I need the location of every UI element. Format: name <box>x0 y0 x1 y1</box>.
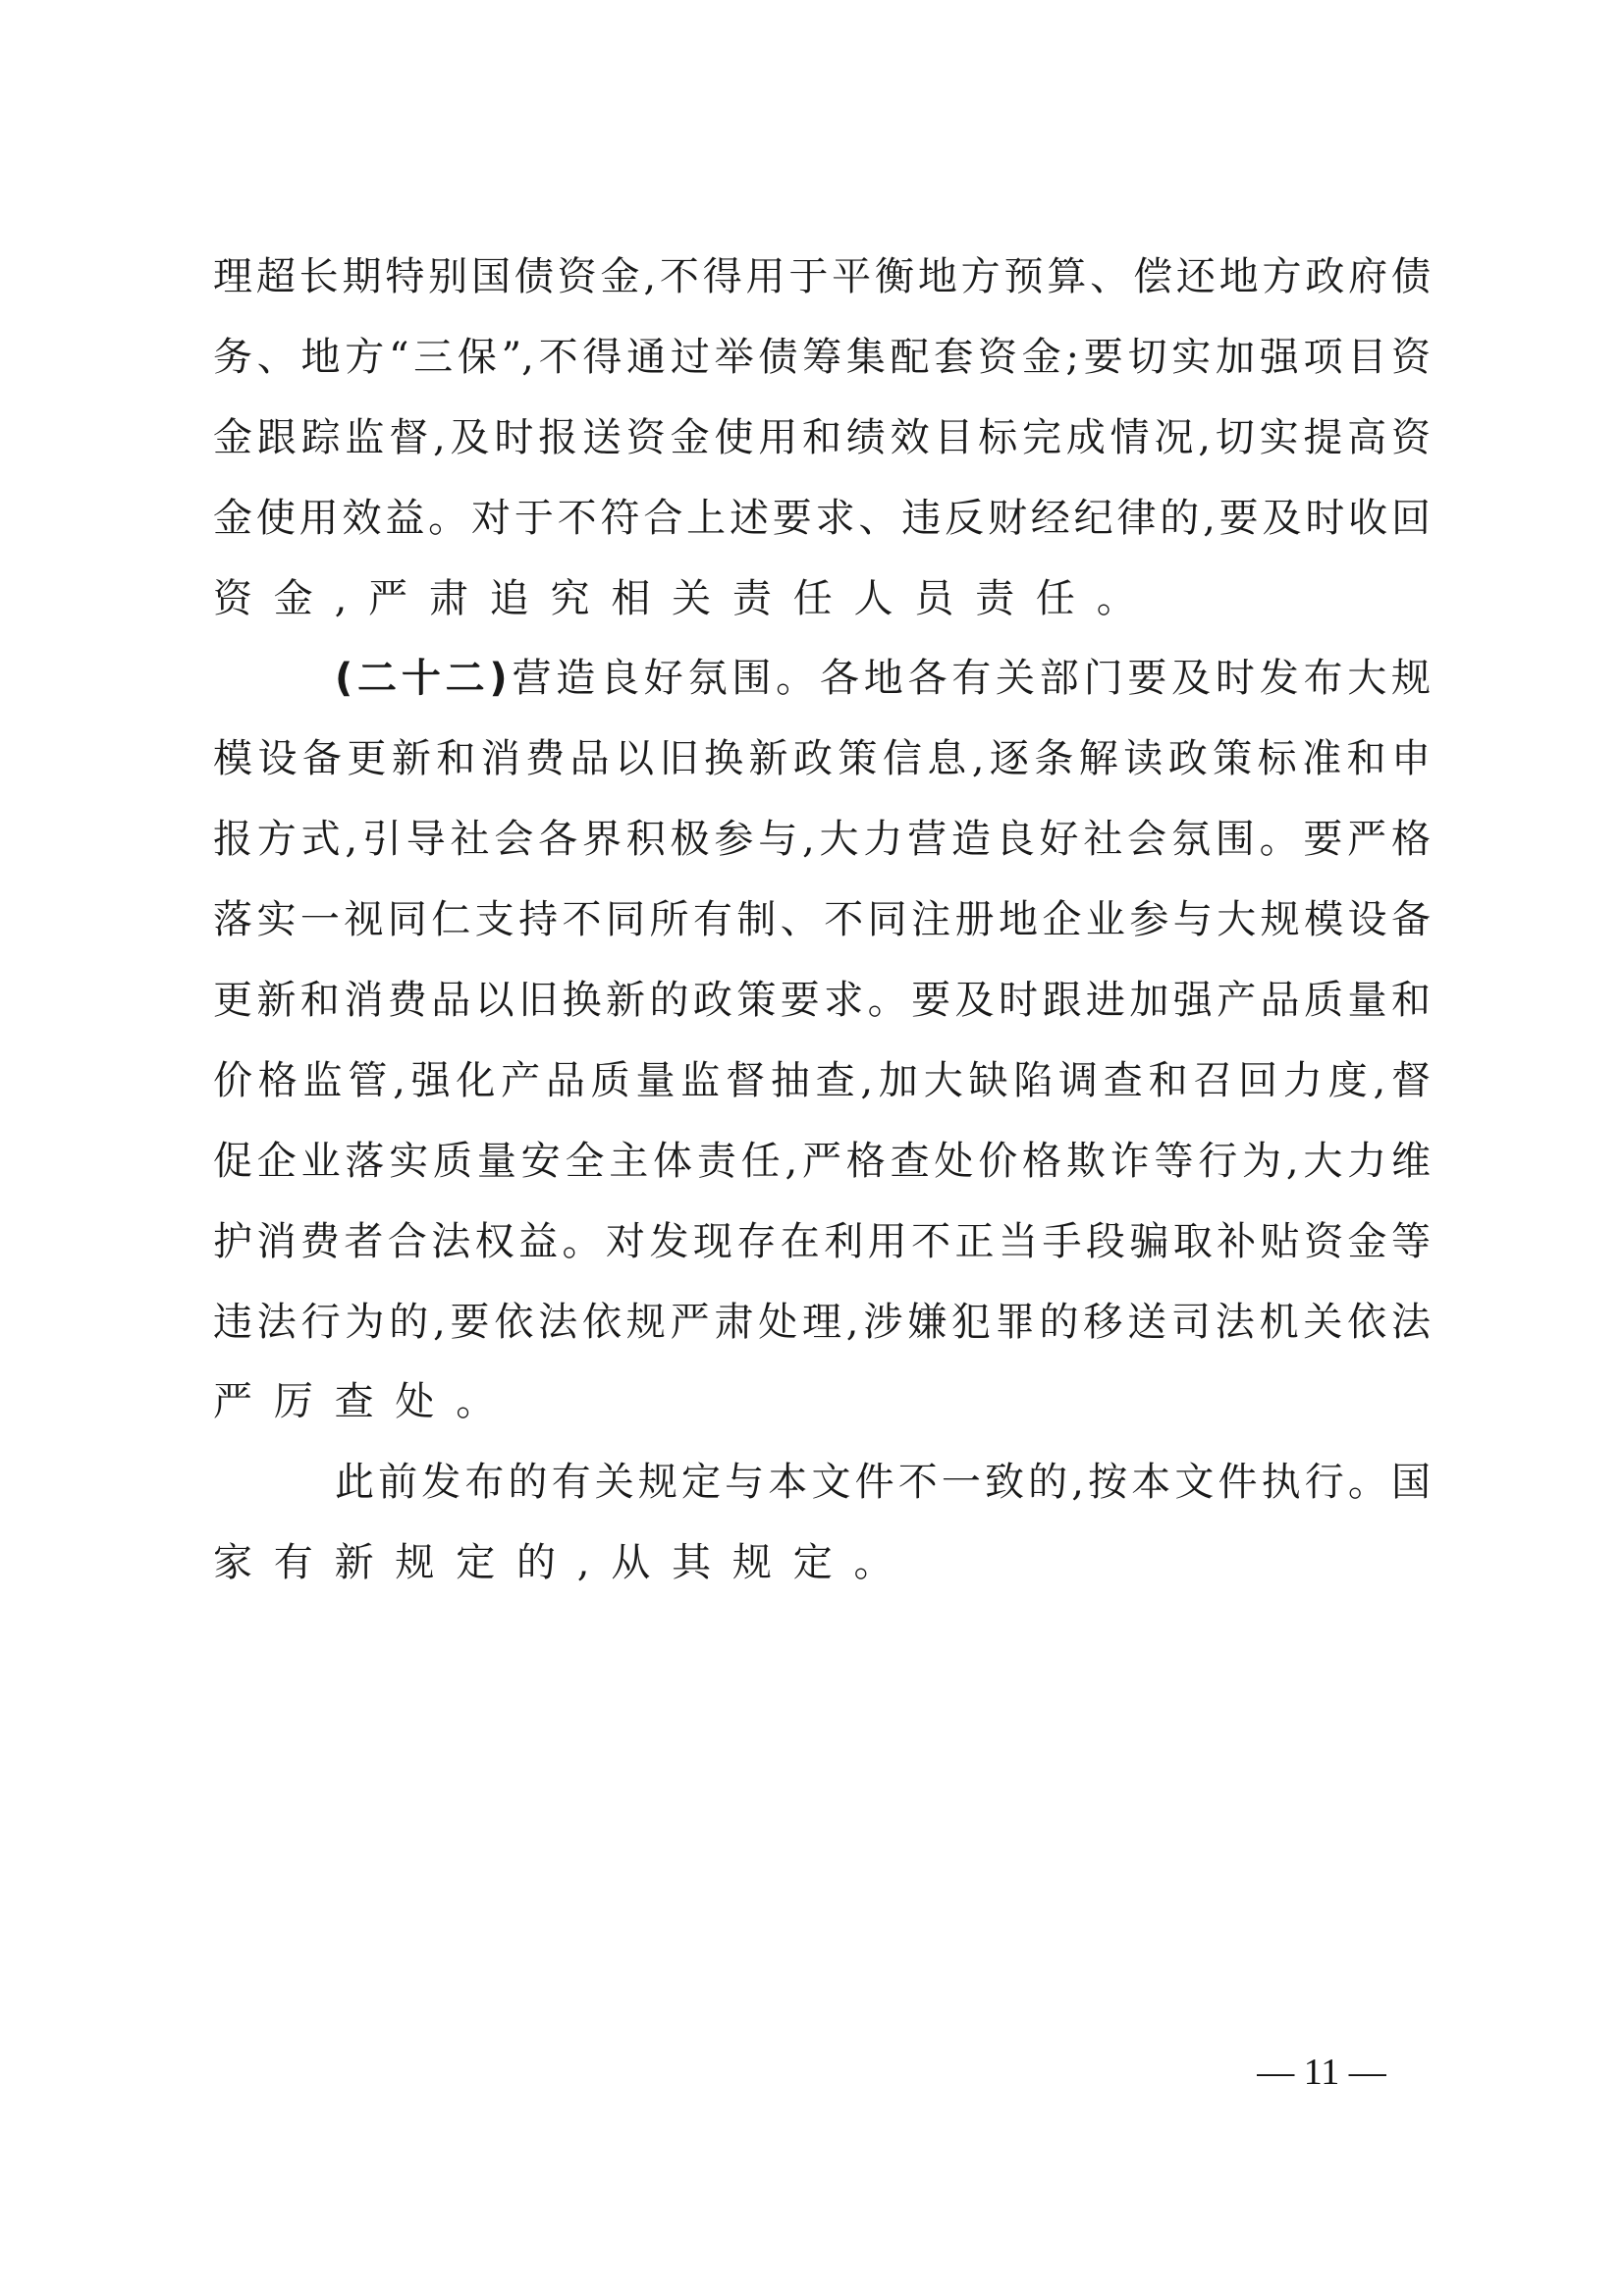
text-line: 护消费者合法权益。对发现存在利用不正当手段骗取补贴资金等 <box>213 1202 1431 1283</box>
paragraph-section-22: (二十二)营造良好氛围。各地各有关部门要及时发布大规 模设备更新和消费品以旧换新… <box>213 639 1431 1443</box>
section-title: 营造良好氛围。 <box>508 656 820 701</box>
paragraph-closing-clause: 此前发布的有关规定与本文件不一致的,按本文件执行。国 家有新规定的,从其规定。 <box>213 1443 1431 1604</box>
section-number: (二十二) <box>335 656 508 701</box>
page-number: — 11 — <box>1243 2050 1400 2095</box>
text-line: 严厉查处。 <box>213 1362 1431 1443</box>
text-line: 务、地方“三保”,不得通过举债筹集配套资金;要切实加强项目资 <box>213 318 1431 399</box>
text-line: 落实一视同仁支持不同所有制、不同注册地企业参与大规模设备 <box>213 881 1431 961</box>
text-run: 各地各有关部门要及时发布大规 <box>820 656 1431 701</box>
paragraph-funds-supervision: 理超长期特别国债资金,不得用于平衡地方预算、偿还地方政府债 务、地方“三保”,不… <box>213 238 1431 639</box>
text-line: 促企业落实质量安全主体责任,严格查处价格欺诈等行为,大力维 <box>213 1122 1431 1202</box>
text-line: 此前发布的有关规定与本文件不一致的,按本文件执行。国 <box>213 1443 1431 1523</box>
text-line: 资金,严肃追究相关责任人员责任。 <box>213 560 1431 640</box>
section-heading-line: (二十二)营造良好氛围。各地各有关部门要及时发布大规 <box>213 639 1431 720</box>
text-line: 价格监管,强化产品质量监督抽查,加大缺陷调查和召回力度,督 <box>213 1041 1431 1122</box>
text-line: 模设备更新和消费品以旧换新政策信息,逐条解读政策标准和申 <box>213 720 1431 800</box>
document-body: 理超长期特别国债资金,不得用于平衡地方预算、偿还地方政府债 务、地方“三保”,不… <box>213 238 1431 1604</box>
text-line: 更新和消费品以旧换新的政策要求。要及时跟进加强产品质量和 <box>213 961 1431 1041</box>
text-line: 金使用效益。对于不符合上述要求、违反财经纪律的,要及时收回 <box>213 479 1431 560</box>
text-line: 违法行为的,要依法依规严肃处理,涉嫌犯罪的移送司法机关依法 <box>213 1283 1431 1363</box>
document-page: 理超长期特别国债资金,不得用于平衡地方预算、偿还地方政府债 务、地方“三保”,不… <box>0 0 1624 2296</box>
text-line: 金跟踪监督,及时报送资金使用和绩效目标完成情况,切实提高资 <box>213 399 1431 479</box>
text-line: 理超长期特别国债资金,不得用于平衡地方预算、偿还地方政府债 <box>213 238 1431 318</box>
text-line: 报方式,引导社会各界积极参与,大力营造良好社会氛围。要严格 <box>213 800 1431 881</box>
text-line: 家有新规定的,从其规定。 <box>213 1523 1431 1604</box>
